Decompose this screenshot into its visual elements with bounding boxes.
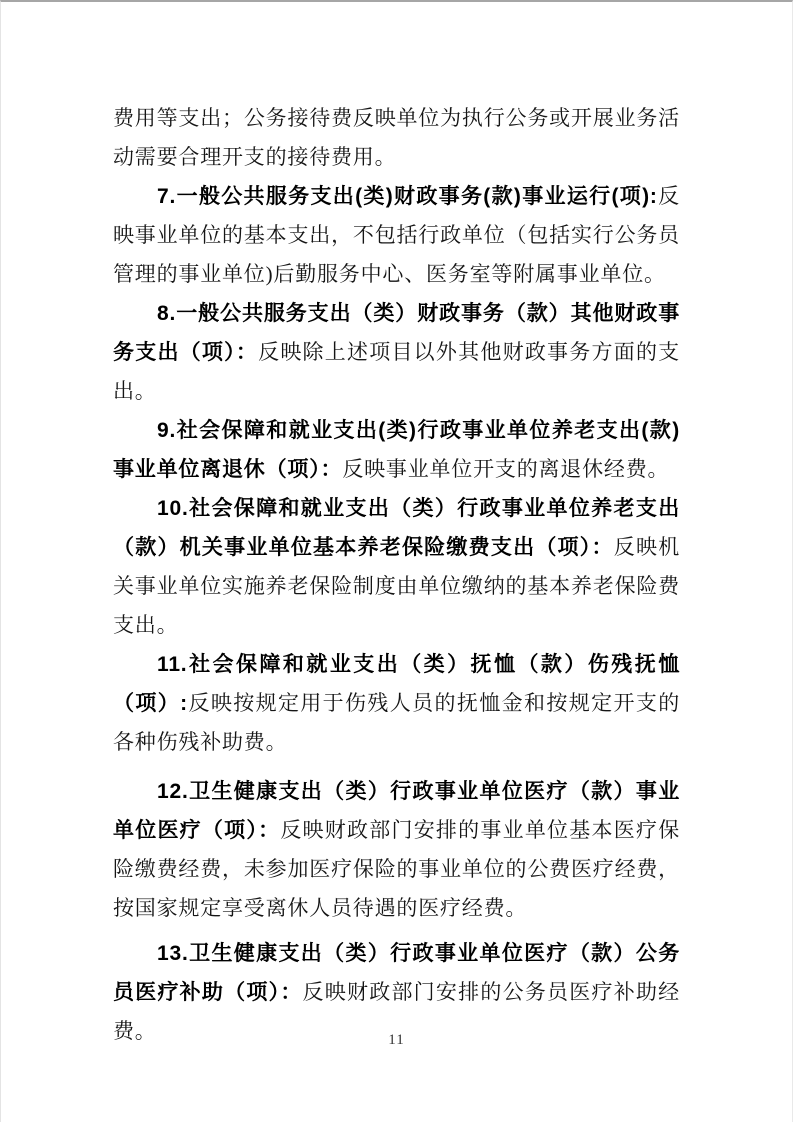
item-11-body: 反映按规定用于伤残人员的抚恤金和按规定开支的各种伤残补助费。: [113, 691, 680, 754]
expense-item-7: 7.一般公共服务支出(类)财政事务(款)事业运行(项):反映事业单位的基本支出，…: [113, 177, 680, 294]
item-7-heading: 7.一般公共服务支出(类)财政事务(款)事业运行(项):: [157, 185, 658, 208]
intro-paragraph: 费用等支出；公务接待费反映单位为执行公务或开展业务活动需要合理开支的接待费用。: [113, 99, 680, 177]
expense-item-12: 12.卫生健康支出（类）行政事业单位医疗（款）事业单位医疗（项）：反映财政部门安…: [113, 772, 680, 928]
expense-item-9: 9.社会保障和就业支出(类)行政事业单位养老支出(款)事业单位离退休（项）：反映…: [113, 411, 680, 489]
page-number: 11: [1, 1032, 792, 1049]
page-content: 费用等支出；公务接待费反映单位为执行公务或开展业务活动需要合理开支的接待费用。 …: [113, 99, 680, 1051]
expense-item-10: 10.社会保障和就业支出（类）行政事业单位养老支出（款）机关事业单位基本养老保险…: [113, 489, 680, 645]
expense-item-11: 11.社会保障和就业支出（类）抚恤（款）伤残抚恤（项）:反映按规定用于伤残人员的…: [113, 645, 680, 762]
item-10-heading: 10.社会保障和就业支出（类）行政事业单位养老支出（款）机关事业单位基本养老保险…: [113, 497, 680, 559]
document-page: 费用等支出；公务接待费反映单位为执行公务或开展业务活动需要合理开支的接待费用。 …: [0, 0, 793, 1122]
expense-item-8: 8.一般公共服务支出（类）财政事务（款）其他财政事务支出（项）：反映除上述项目以…: [113, 294, 680, 411]
item-9-body: 反映事业单位开支的离退休经费。: [342, 457, 669, 481]
